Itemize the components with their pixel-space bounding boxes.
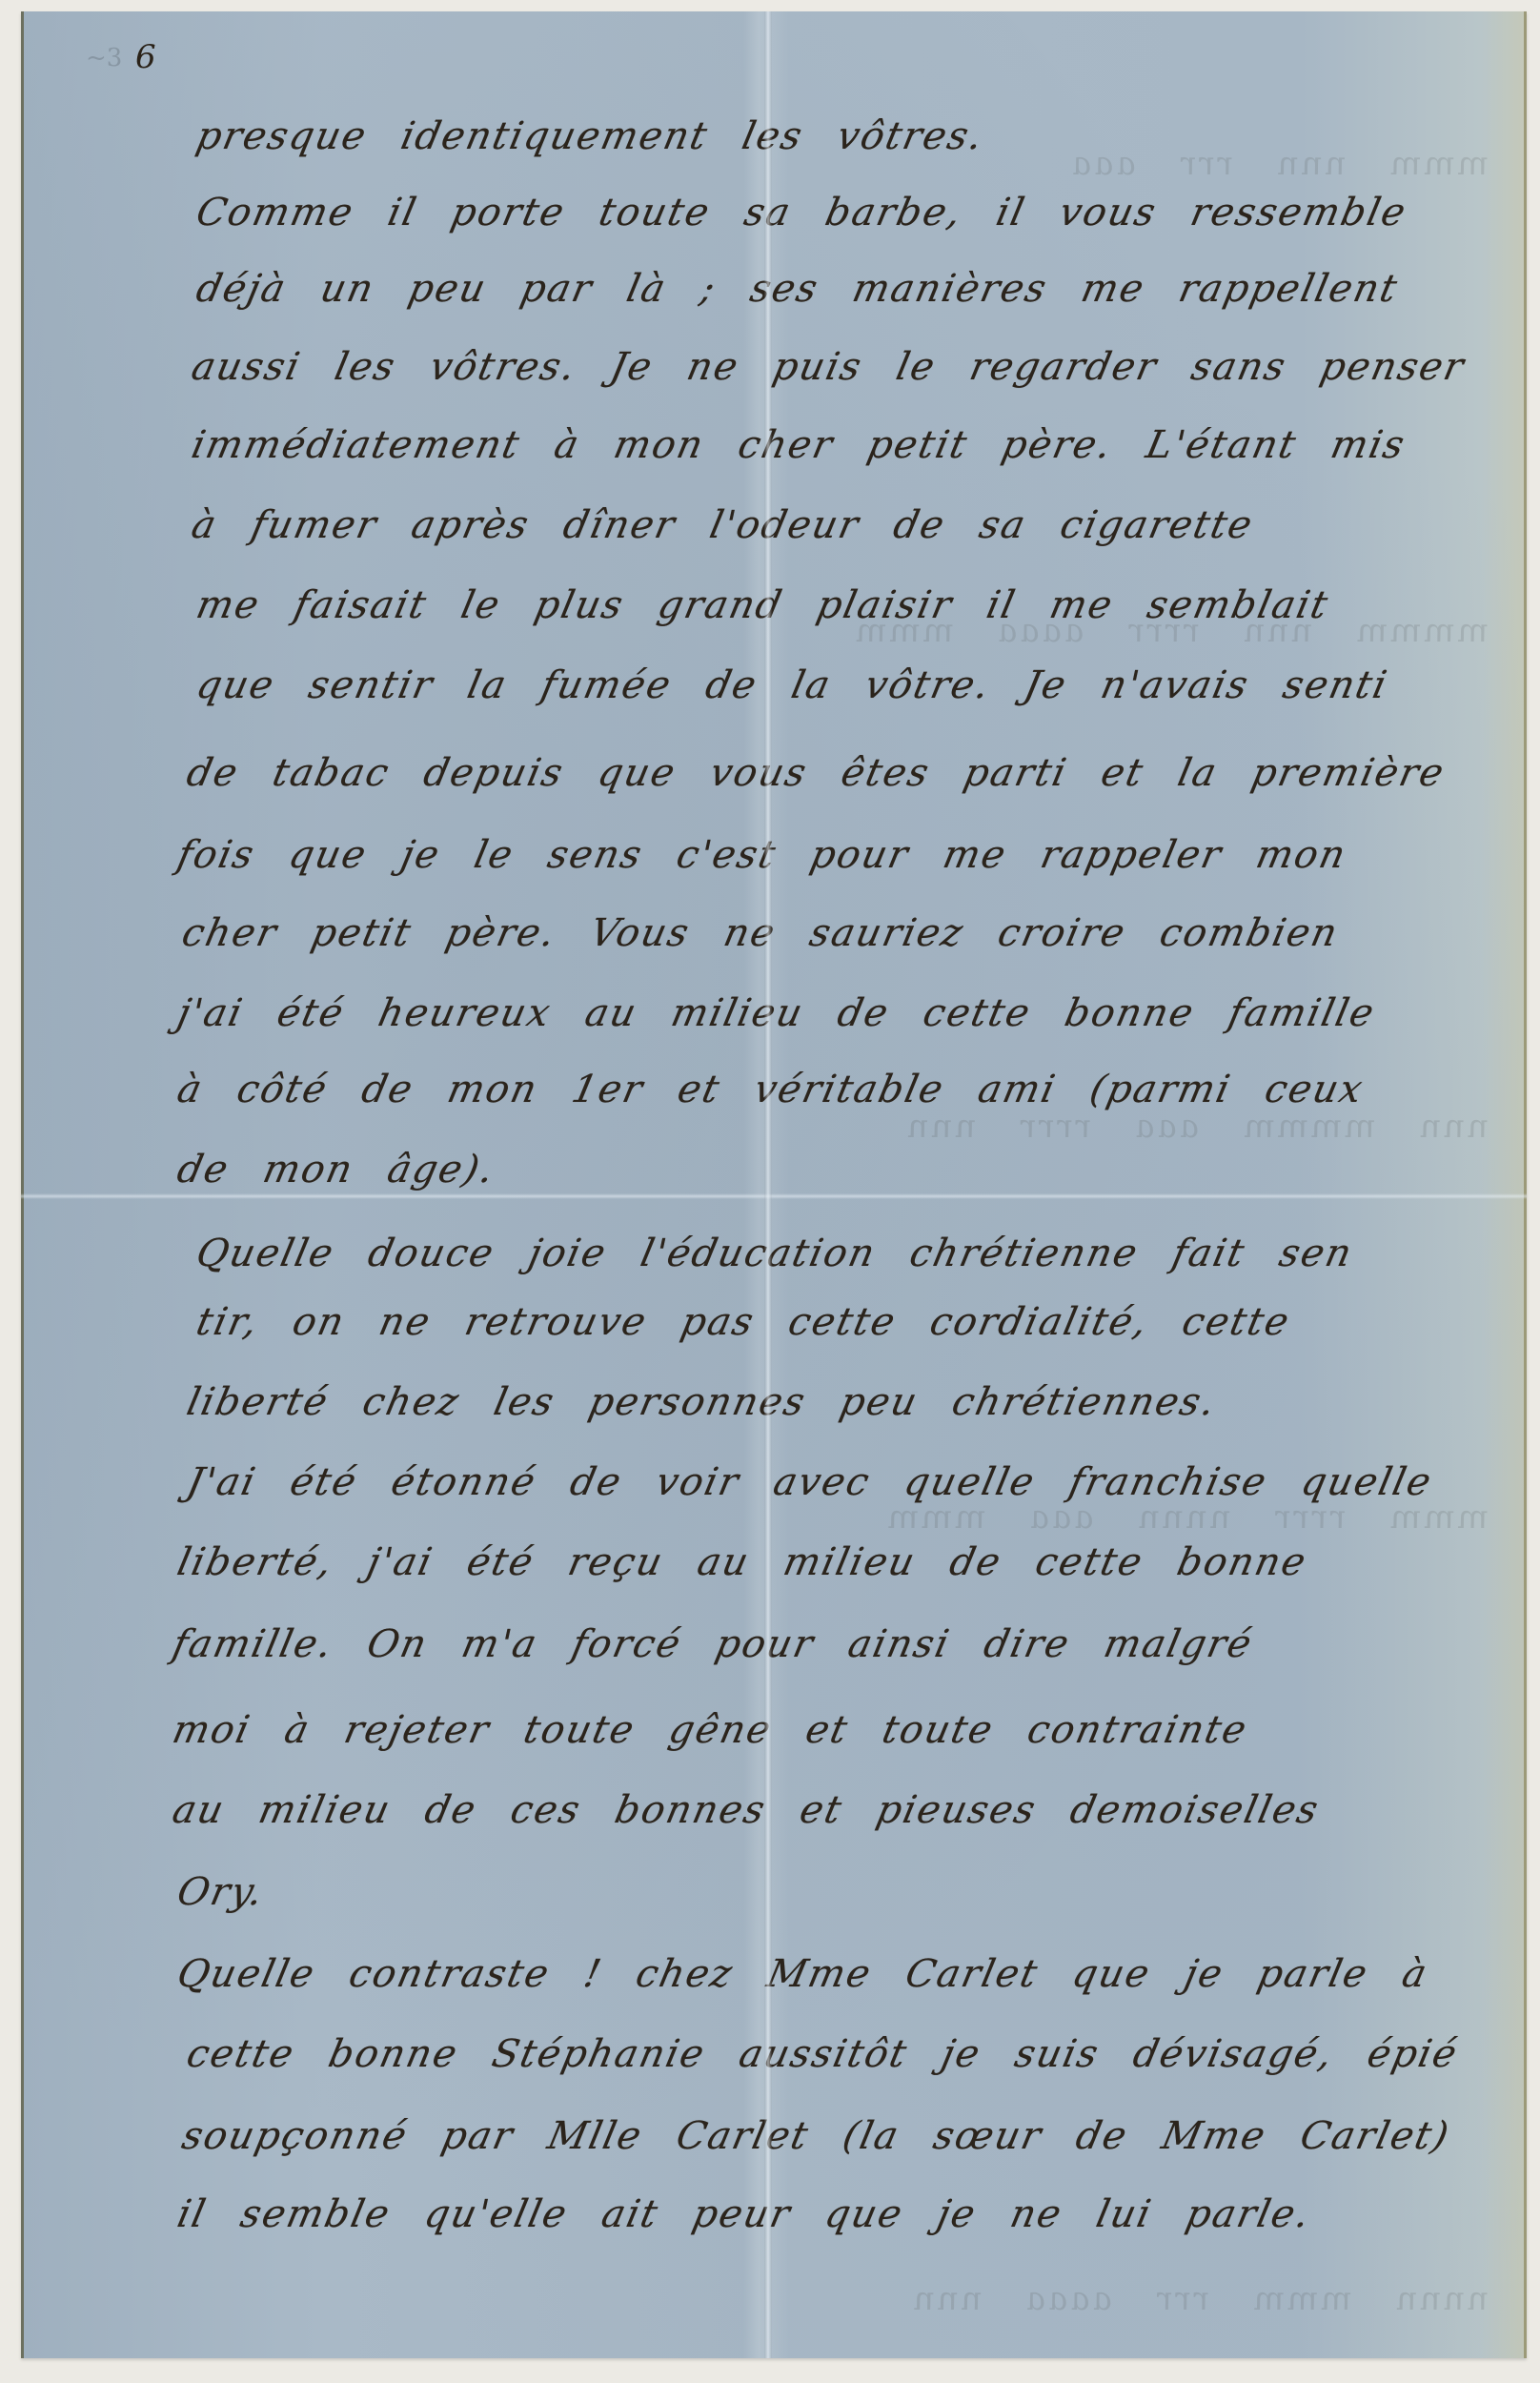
- letter-line: J'ai été étonné de voir avec quelle fran…: [183, 1460, 1540, 1504]
- letter-line: Quelle douce joie l'éducation chrétienne…: [192, 1232, 1540, 1275]
- letter-line: famille. On m'a forcé pour ainsi dire ma…: [169, 1622, 1531, 1666]
- letter-line: moi à rejeter toute gêne et toute contra…: [169, 1708, 1531, 1752]
- letter-line: Comme il porte toute sa barbe, il vous r…: [192, 191, 1540, 234]
- letter-line: il semble qu'elle ait peur que je ne lui…: [173, 2192, 1536, 2236]
- letter-line: de mon âge).: [173, 1148, 1536, 1191]
- letter-line: au milieu de ces bonnes et pieuses demoi…: [169, 1788, 1531, 1832]
- letter-line: me faisait le plus grand plaisir il me s…: [192, 583, 1540, 627]
- letter-line: déjà un peu par là ; ses manières me rap…: [192, 267, 1540, 311]
- letter-line: immédiatement à mon cher petit père. L'é…: [188, 423, 1540, 467]
- letter-line: liberté chez les personnes peu chrétienn…: [183, 1380, 1540, 1424]
- letter-line: presque identiquement les vôtres.: [192, 114, 1540, 158]
- letter-line: fois que je le sens c'est pour me rappel…: [173, 833, 1536, 877]
- letter-body: presque identiquement les vôtres. Comme …: [21, 11, 1527, 2358]
- letter-line: aussi les vôtres. Je ne puis le regarder…: [188, 345, 1540, 389]
- letter-line: soupçonné par Mlle Carlet (la sœur de Mm…: [178, 2114, 1540, 2158]
- letter-page: ~3 6 mmm nnn rrr aaa mmmm nnn rrrr aaaa …: [21, 11, 1527, 2358]
- letter-line: cher petit père. Vous ne sauriez croire …: [178, 911, 1540, 955]
- letter-line: que sentir la fumée de la vôtre. Je n'av…: [192, 663, 1540, 707]
- letter-line: tir, on ne retrouve pas cette cordialité…: [192, 1300, 1540, 1344]
- letter-line: Ory.: [173, 1870, 1536, 1914]
- letter-line: à fumer après dîner l'odeur de sa cigare…: [188, 503, 1540, 547]
- letter-line: à côté de mon 1er et véritable ami (parm…: [173, 1068, 1536, 1111]
- letter-line: liberté, j'ai été reçu au milieu de cett…: [173, 1540, 1536, 1584]
- letter-line: j'ai été heureux au milieu de cette bonn…: [173, 991, 1536, 1035]
- letter-line: Quelle contraste ! chez Mme Carlet que j…: [173, 1952, 1536, 1996]
- letter-line: de tabac depuis que vous êtes parti et l…: [183, 751, 1540, 795]
- letter-line: cette bonne Stéphanie aussitôt je suis d…: [183, 2032, 1540, 2076]
